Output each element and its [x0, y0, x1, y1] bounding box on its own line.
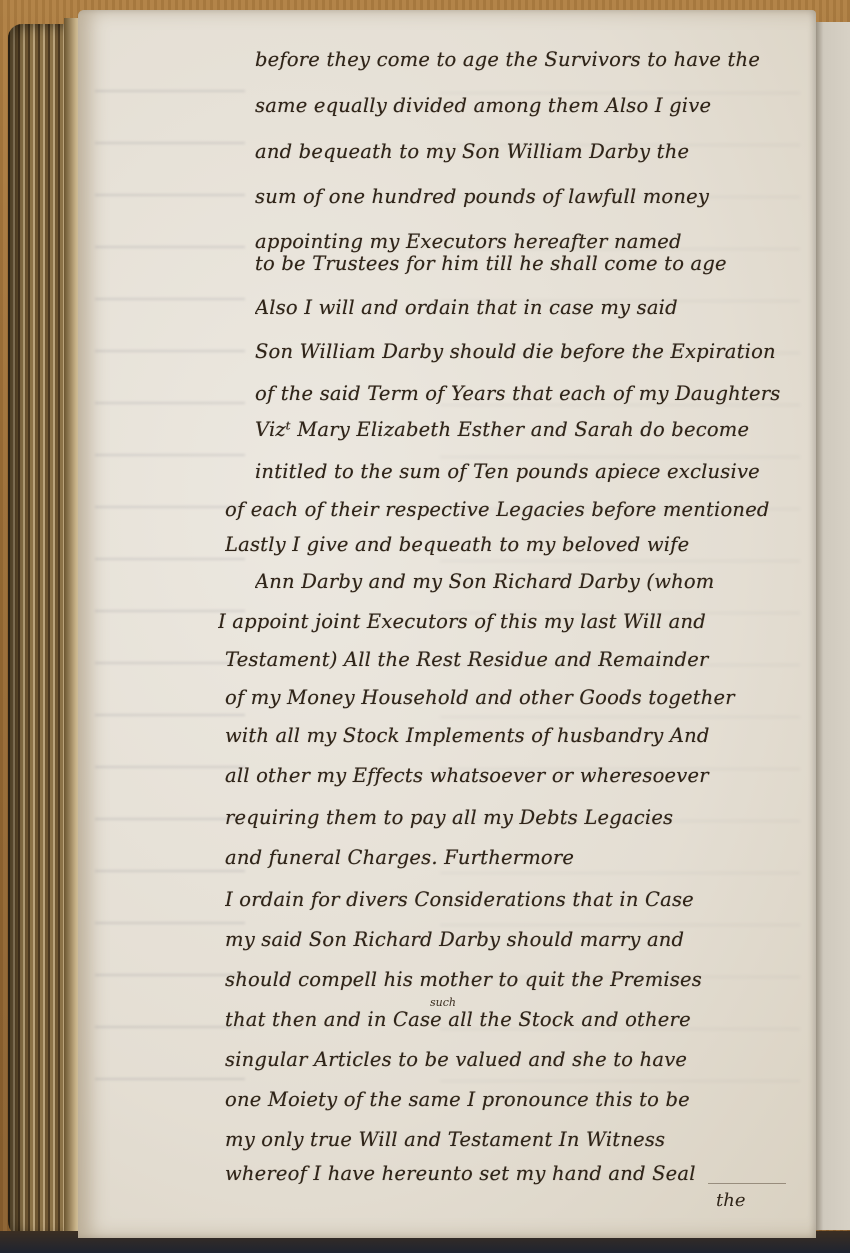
catchword: the: [716, 1190, 745, 1211]
text-line: and bequeath to my Son William Darby the: [255, 140, 805, 164]
text-line: Testament) All the Rest Residue and Rema…: [225, 648, 775, 672]
text-line: with all my Stock Implements of husbandr…: [225, 724, 775, 748]
text-line: my said Son Richard Darby should marry a…: [225, 928, 775, 952]
text-line: singular Articles to be valued and she t…: [225, 1048, 775, 1072]
text-line: of my Money Household and other Goods to…: [225, 686, 775, 710]
text-line: Also I will and ordain that in case my s…: [255, 296, 805, 320]
text-line: my only true Will and Testament In Witne…: [225, 1128, 775, 1152]
text-line: sum of one hundred pounds of lawfull mon…: [255, 185, 805, 209]
text-line: Vizᵗ Mary Elizabeth Esther and Sarah do …: [255, 418, 805, 442]
text-line: that then and in Case all the Stock and …: [225, 1008, 775, 1032]
text-line: I ordain for divers Considerations that …: [225, 888, 775, 912]
text-line: to be Trustees for him till he shall com…: [255, 252, 805, 276]
text-line: of the said Term of Years that each of m…: [255, 382, 805, 406]
text-line: I appoint joint Executors of this my las…: [218, 610, 768, 634]
text-line: Ann Darby and my Son Richard Darby (whom: [255, 570, 805, 594]
catchword-rule: [708, 1183, 786, 1184]
text-line: should compell his mother to quit the Pr…: [225, 968, 775, 992]
text-line: one Moiety of the same I pronounce this …: [225, 1088, 775, 1112]
text-line: Son William Darby should die before the …: [255, 340, 805, 364]
text-line: whereof I have hereunto set my hand and …: [225, 1162, 775, 1186]
text-line: appointing my Executors hereafter named: [255, 230, 805, 254]
text-line: Lastly I give and bequeath to my beloved…: [225, 533, 775, 557]
text-line: all other my Effects whatsoever or where…: [225, 764, 775, 788]
text-line: of each of their respective Legacies bef…: [225, 498, 775, 522]
text-line: and funeral Charges. Furthermore: [225, 846, 775, 870]
text-line: same equally divided among them Also I g…: [255, 94, 805, 118]
facing-page-edge: [812, 22, 850, 1230]
text-line: intitled to the sum of Ten pounds apiece…: [255, 460, 805, 484]
text-line: requiring them to pay all my Debts Legac…: [225, 806, 775, 830]
ink-bleed-through: [95, 60, 245, 1100]
text-line: before they come to age the Survivors to…: [255, 48, 805, 72]
